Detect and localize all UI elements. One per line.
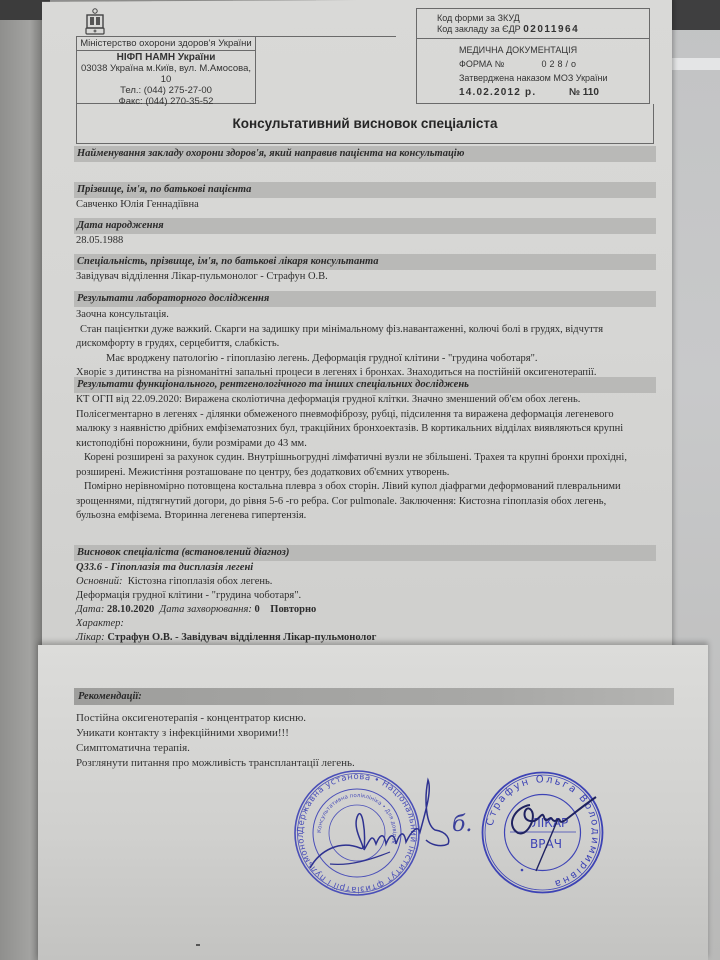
main-diagnosis-value-2: Деформація грудної клітини - "грудина чо… [76,589,656,603]
consultant-value: Завідувач відділення Лікар-пульмонолог -… [76,270,656,285]
onset-date-label: Дата захворювання: [160,604,252,615]
signature-doctor [500,785,610,880]
lab-results-line: Заочна консультація. [76,308,656,323]
medical-emblem-icon [84,8,106,36]
recommendation-item: Уникати контакту з інфекційними хворими!… [76,726,355,741]
section-patient-name-label: Прізвище, ім'я, по батькові пацієнта [74,182,656,198]
form-number-label: ФОРМА № [459,57,539,71]
ministry-name: Міністерство охорони здоров'я України [77,37,255,51]
recommendation-item: Постійна оксигенотерапія - концентратор … [76,711,355,726]
institution-phone: Тел.: (044) 275-27-00 [77,85,255,96]
form-code-label: Код форми за ЗКУД [437,13,649,24]
functional-results-line: Корені розширені за рахунок судин. Внутр… [76,451,656,466]
section-lab-results-label: Результати лабораторного дослідження [74,291,656,307]
lab-results-line: Має вроджену патологію - гіпоплазію леге… [76,352,656,367]
recommendations-text: Постійна оксигенотерапія - концентратор … [76,711,355,771]
institution-address: 03038 Україна м.Київ, вул. М.Амосова, 10 [77,63,255,85]
background-paper-edge [668,58,720,70]
section-consultant-label: Спеціальність, прізвище, ім'я, по батько… [74,254,656,270]
functional-results-line: розширені. Межистіння розташоване по цен… [76,466,656,481]
doctor-label: Лікар: [76,632,105,643]
lab-results-line: Стан пацієнтки дуже важкий. Скарги на за… [76,323,656,338]
onset-date-value: 0 [255,604,260,615]
lab-results-line: дискомфорту в грудях, серцебиття, слабкі… [76,337,656,352]
header-spacer-box [256,36,396,104]
conclusion-text: Q33.6 - Гіпоплазія та дисплазія легені О… [76,561,656,652]
section-functional-results-label: Результати функціонального, рентгенологі… [74,377,656,393]
approved-order-number: № 110 [569,87,599,98]
paper-speck [196,944,200,946]
background-shadow-top-right [668,0,720,30]
doctor-value: Страфун О.В. - Завідувач відділення Ліка… [107,632,376,643]
functional-results-line: кистоподібні порожнини, були розмірами д… [76,437,656,452]
form-info-box: Код форми за ЗКУД Код закладу за ЄДР 020… [416,8,650,104]
section-referring-institution-label: Найменування закладу охорони здоров'я, я… [74,146,656,162]
institution-name: НІФП НАМН України [77,52,255,63]
section-birth-date-label: Дата народження [74,218,656,234]
lab-results-text: Заочна консультація. Стан пацієнтки дуже… [76,308,656,381]
main-diagnosis-value: Кістозна гіпоплазія обох легень. [128,576,273,587]
functional-results-line: Помірно нерівномірно потовщена костальна… [76,480,656,495]
approved-by-label: Затверджена наказом МОЗ України [459,71,649,85]
medical-documentation-label: МЕДИЧНА ДОКУМЕНТАЦІЯ [459,43,649,57]
functional-results-text: КТ ОГП від 22.09.2020: Виражена сколіоти… [76,393,656,524]
date-value: 28.10.2020 [107,604,154,615]
character-label: Характер: [76,617,656,631]
visit-type: Повторно [270,604,316,615]
edr-code-label: Код закладу за ЄДР [437,24,521,34]
functional-results-line: малюку з наявністю дрібних емфізематозни… [76,422,656,437]
section-conclusion-label: Висновок спеціаліста (встановлений діагн… [74,545,656,561]
functional-results-line: КТ ОГП від 22.09.2020: Виражена сколіоти… [76,393,656,408]
functional-results-line: бульозна емфізема. Вторинна легенева гип… [76,509,656,524]
section-recommendations-label: Рекомендації: [74,688,674,705]
patient-name-value: Савченко Юлія Геннадіївна [76,198,656,213]
recommendation-item: Симптоматична терапія. [76,741,355,756]
edr-code-value: 02011964 [523,24,579,35]
main-diagnosis-label: Основний: [76,576,122,587]
form-number-value: 028/о [542,59,580,69]
institution-header-box: Міністерство охорони здоров'я України НІ… [76,36,256,104]
signature-note: б. [452,812,472,837]
functional-results-line: Полісегментарно в легенях - ділянки обме… [76,408,656,423]
document-title: Консультативний висновок спеціаліста [76,104,654,144]
approved-date: 14.02.2012 р. [459,87,536,98]
birth-date-value: 28.05.1988 [76,234,656,249]
date-label: Дата: [76,604,104,615]
functional-results-line: зрощеннями, підтягнутий догори, до рівня… [76,495,656,510]
diagnosis-code: Q33.6 - Гіпоплазія та дисплазія легені [76,561,656,575]
